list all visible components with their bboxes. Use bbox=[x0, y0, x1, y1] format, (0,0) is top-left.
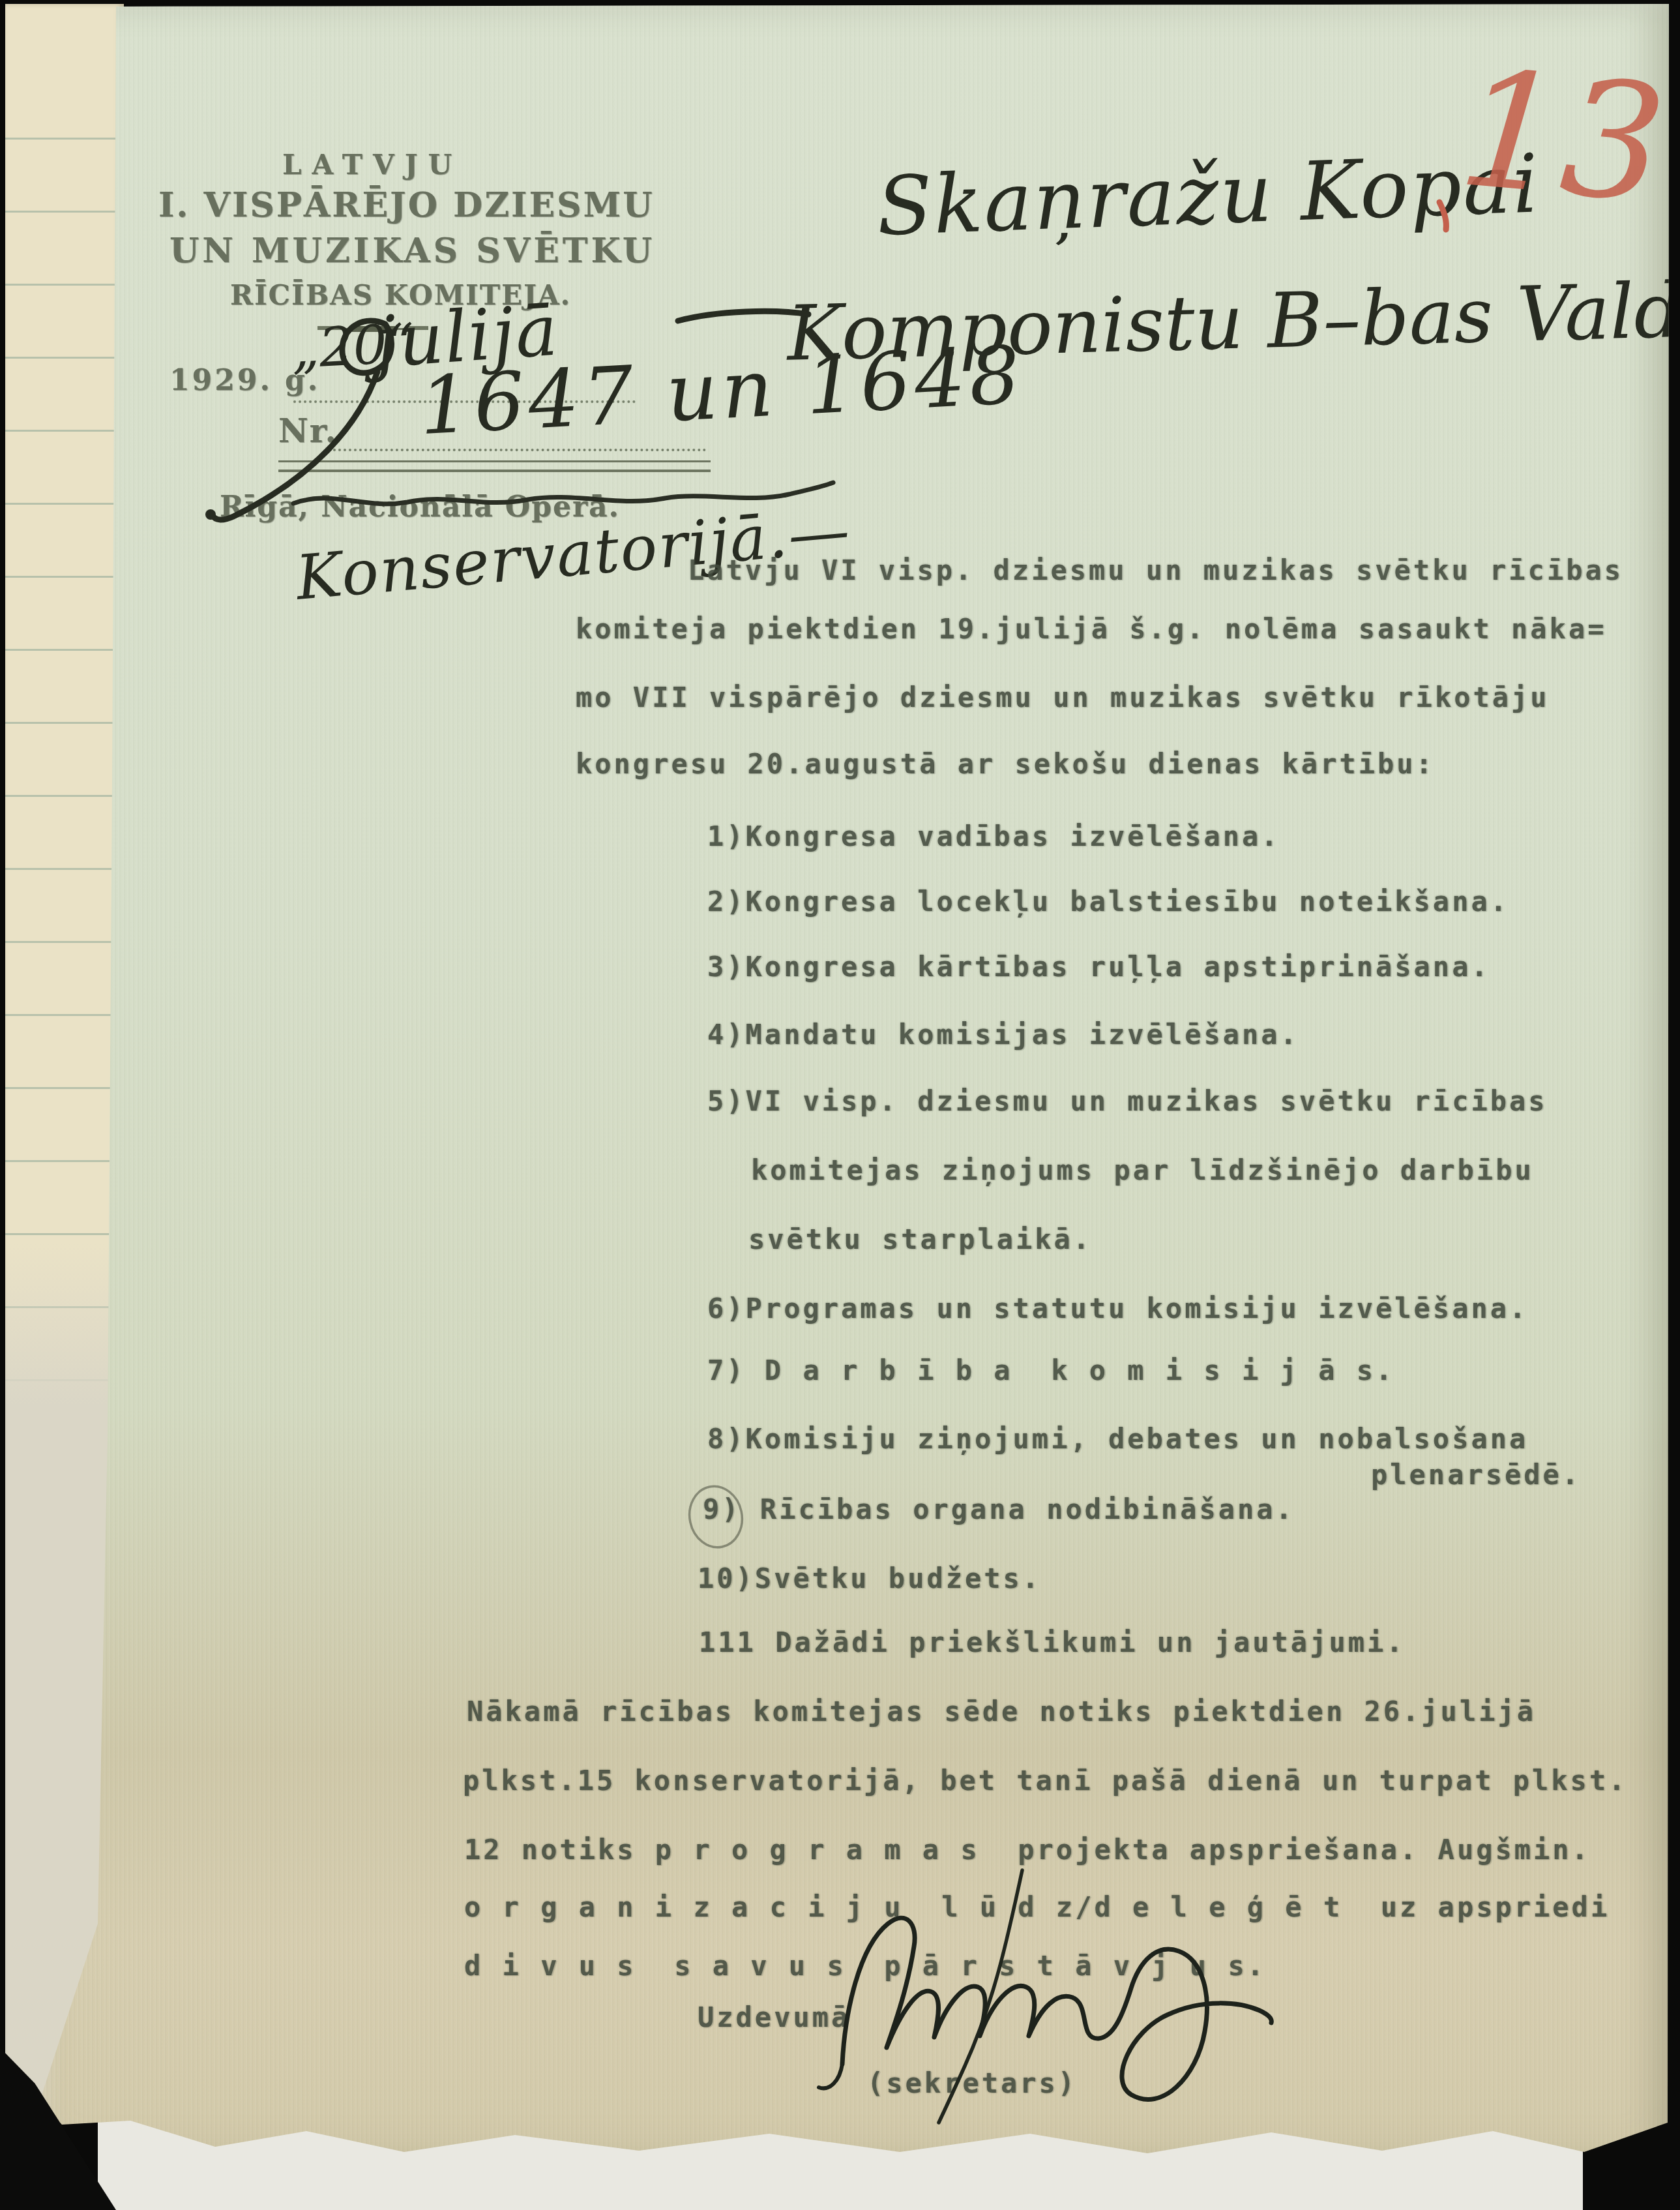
typed-line: 5)VI visp. dziesmu un muzikas svētku rīc… bbox=[707, 1085, 1548, 1117]
city-label: Rīgā, bbox=[220, 490, 321, 524]
typed-line: Uzdevumā bbox=[698, 2001, 850, 2033]
typed-line: komiteja piektdien 19.julijā š.g. nolēma… bbox=[576, 613, 1606, 645]
typed-line: d i v u s s a v u s p ā r s t ā v j u s. bbox=[464, 1950, 1266, 1982]
typed-line: komitejas ziņojums par līdzšinējo darbīb… bbox=[751, 1154, 1534, 1186]
nr-dotted-line bbox=[328, 449, 706, 451]
typed-line: svētku starplaikā. bbox=[748, 1223, 1092, 1255]
typed-line: plkst.15 konservatorijā, bet tanī pašā d… bbox=[463, 1765, 1627, 1797]
scanned-document: { "colors": { "typed_ink": "#424a3d", "p… bbox=[0, 0, 1680, 2210]
typed-line: 111 Dažādi priekšlikumi un jautājumi. bbox=[699, 1626, 1406, 1658]
letterhead-line-2: I. VISPĀRĒJO DZIESMU bbox=[158, 185, 655, 225]
typed-line: 8)Komisiju ziņojumi, debates un nobalsoš… bbox=[707, 1423, 1528, 1455]
printed-place-line: Rīgā, Nacionālā Operā. bbox=[220, 490, 620, 524]
typed-line: 3)Kongresa kārtības ruļļa apstiprināšana… bbox=[707, 951, 1490, 983]
typed-line: 6)Programas un statutu komisiju izvēlēša… bbox=[707, 1292, 1528, 1324]
typed-line: mo VII vispārējo dziesmu un muzikas svēt… bbox=[576, 681, 1550, 713]
typed-line: 4)Mandatu komisijas izvēlēšana. bbox=[707, 1019, 1299, 1051]
letterhead-line-3: UN MUZIKAS SVĒTKU bbox=[169, 231, 655, 271]
handwritten-recipient-line-2: Komponistu B–bas Valdē bbox=[786, 265, 1680, 378]
typed-line: Latvju VI visp. dziesmu un muzikas svētk… bbox=[688, 554, 1623, 586]
typed-line: 1)Kongresa vadības izvēlēšana. bbox=[707, 820, 1280, 852]
handwritten-recipient-line-1: Skaņražu Kopai bbox=[876, 137, 1541, 254]
typed-line: 10)Svētku budžets. bbox=[698, 1562, 1041, 1594]
typed-line: (sekretars) bbox=[867, 2067, 1077, 2099]
typed-line: plenarsēdē. bbox=[1371, 1459, 1581, 1491]
letterhead-line-1: LATVJU bbox=[282, 149, 462, 181]
typed-line: o r g a n i z a c i j u l ū d z/d e l e … bbox=[464, 1891, 1610, 1923]
document-page: LATVJU I. VISPĀRĒJO DZIESMU UN MUZIKAS S… bbox=[36, 4, 1669, 2179]
typed-line: 12 notiks p r o g r a m a s projekta aps… bbox=[464, 1834, 1591, 1866]
nr-double-underline bbox=[278, 460, 711, 472]
typed-line: 2)Kongresa locekļu balstiesību noteikšan… bbox=[707, 886, 1509, 918]
typed-line: Nākamā rīcības komitejas sēde notiks pie… bbox=[467, 1695, 1536, 1727]
typed-line: 7) D a r b ī b a k o m i s i j ā s. bbox=[707, 1354, 1394, 1386]
typed-line: kongresu 20.augustā ar sekošu dienas kār… bbox=[576, 748, 1435, 780]
nr-label: Nr. bbox=[278, 411, 338, 450]
red-page-number: 13 bbox=[1452, 36, 1672, 239]
typed-line: 9) Rīcības organa nodibināšana. bbox=[703, 1493, 1295, 1525]
